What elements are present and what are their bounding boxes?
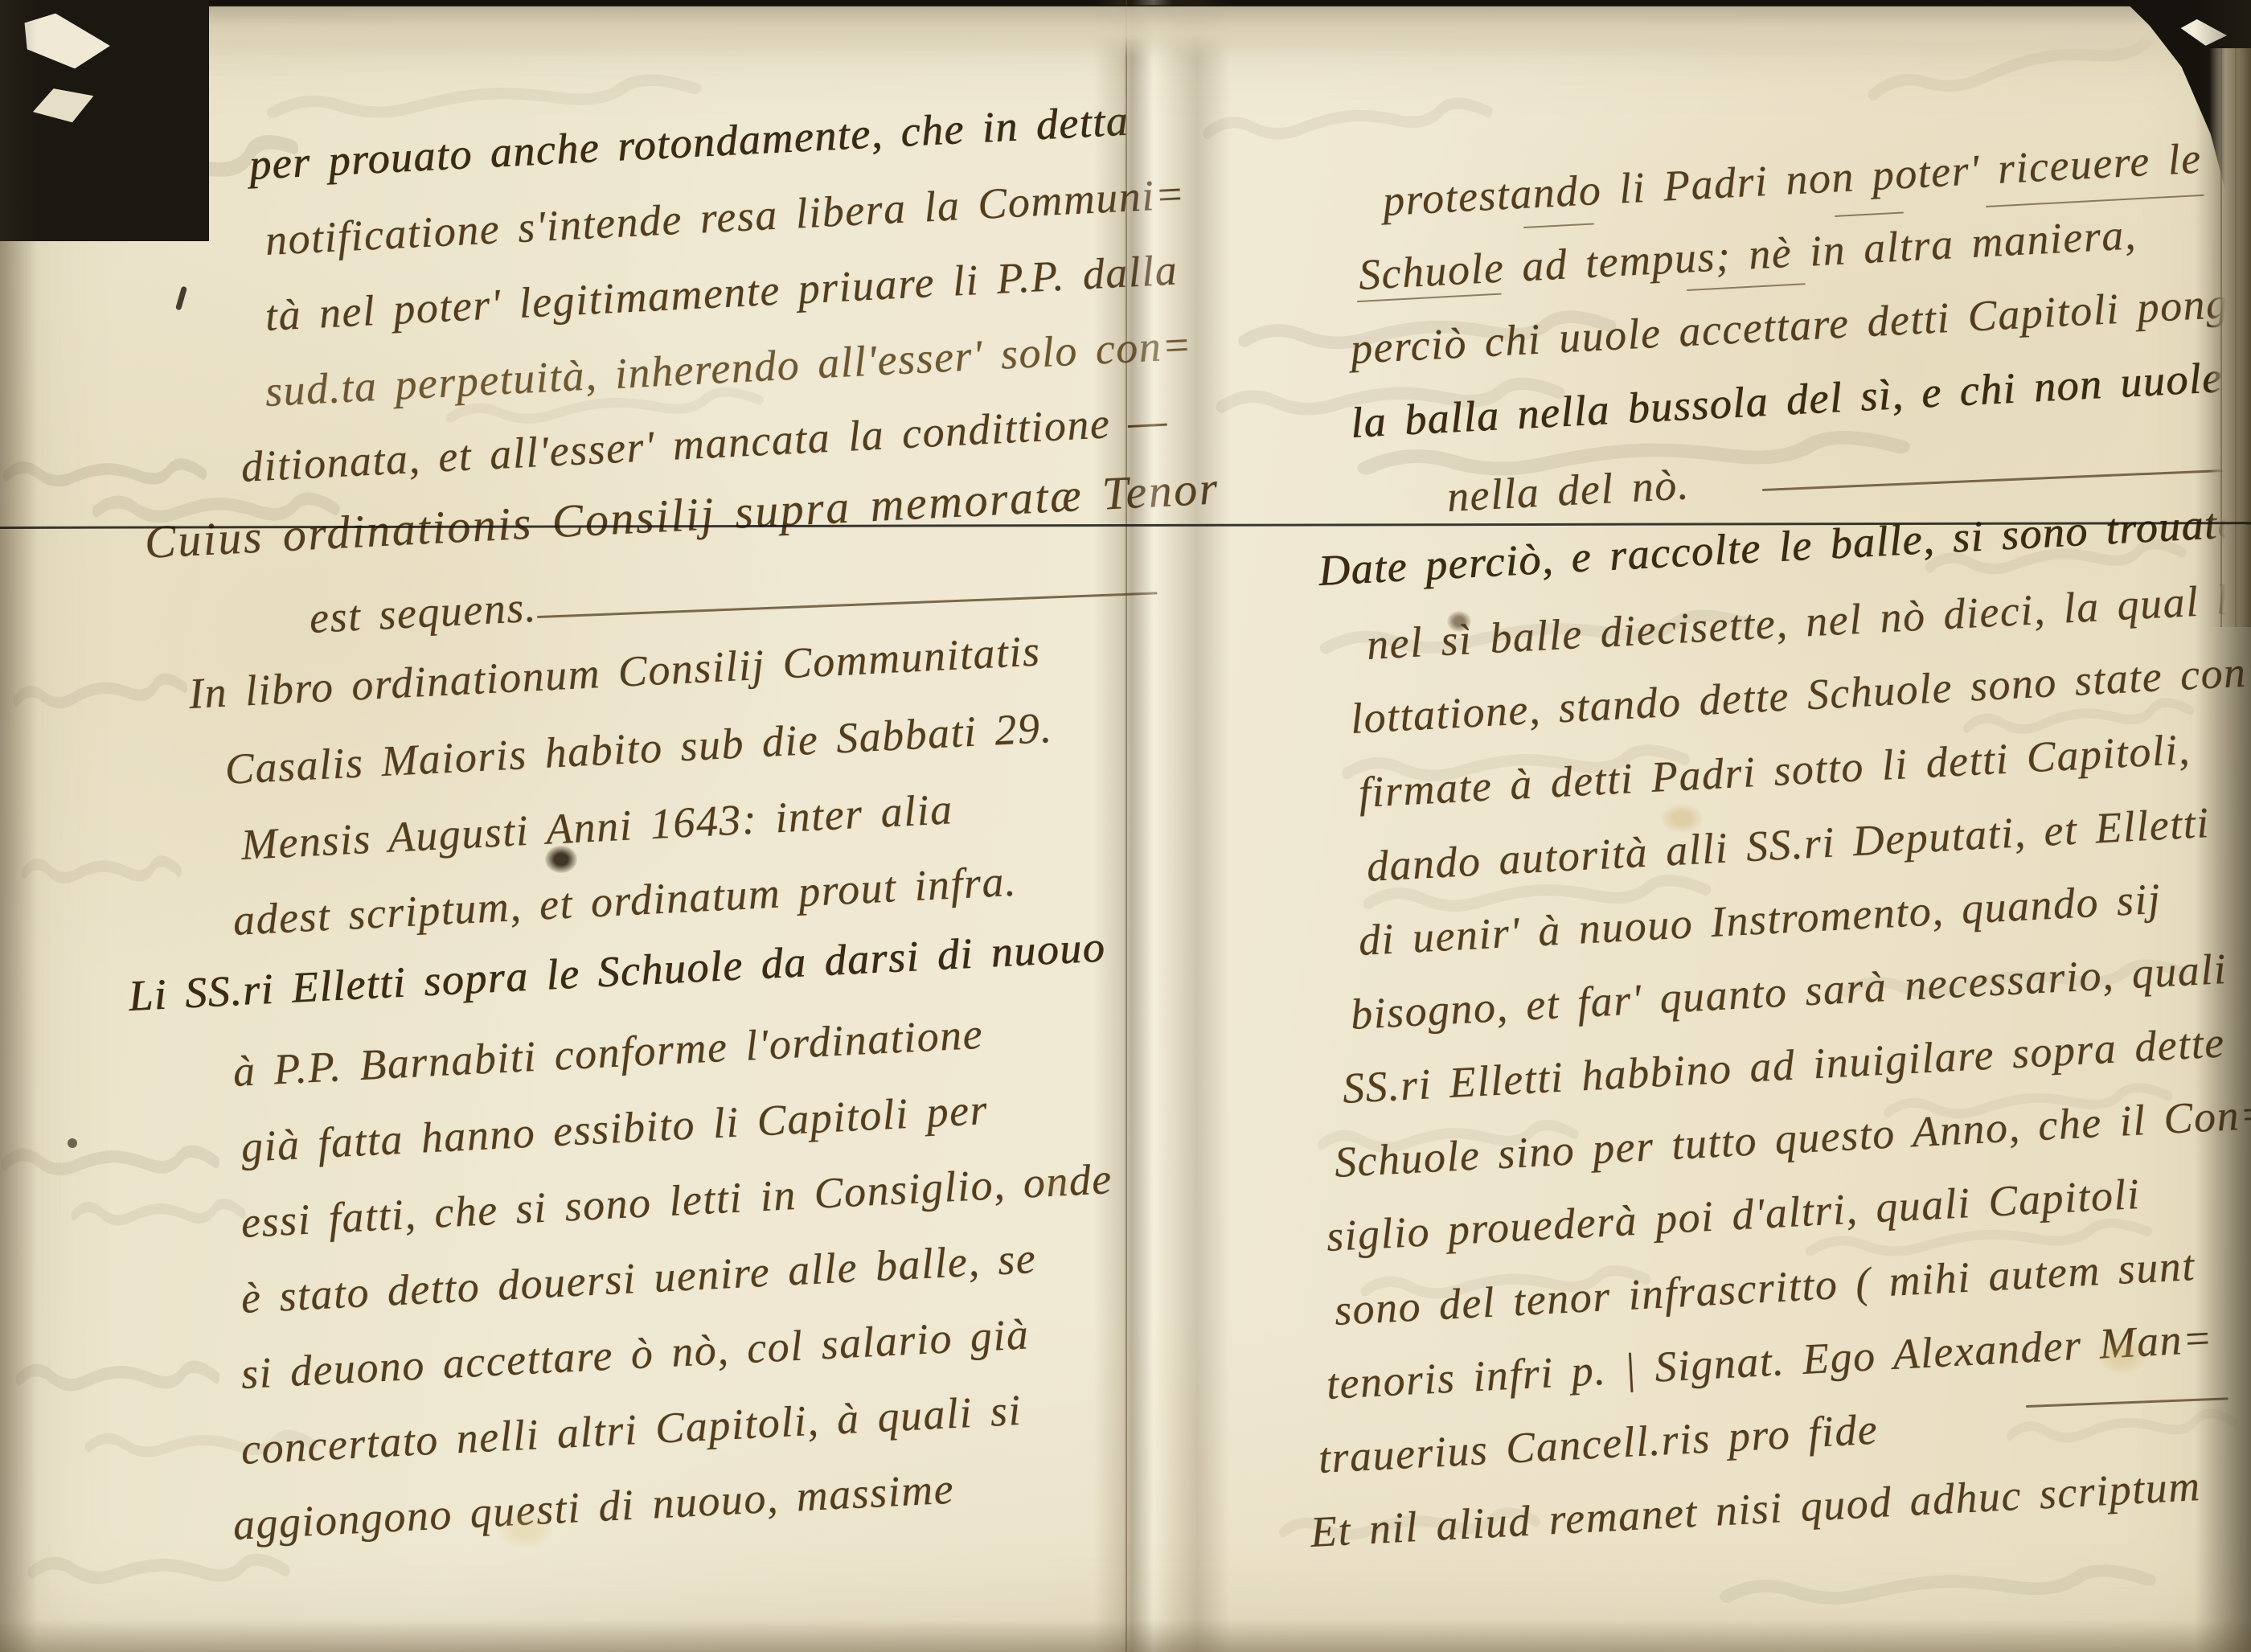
ink-blot xyxy=(545,846,577,873)
bottom-edge-shadow xyxy=(0,1620,2251,1652)
paper-stain xyxy=(497,1511,553,1548)
left-edge-shadow xyxy=(0,0,37,1652)
paper-stain xyxy=(1037,1174,1074,1198)
paper-stain xyxy=(2098,1338,2146,1374)
binding-gutter xyxy=(1093,0,1230,1652)
ink-speck xyxy=(68,1138,77,1148)
top-deckle-edge xyxy=(0,6,2251,58)
ink-blot xyxy=(1447,611,1471,632)
right-edge-shadow xyxy=(2195,0,2251,1652)
manuscript-scan: ∕∕ per prouato anche rotondamente, che i… xyxy=(0,0,2251,1652)
manuscript-line: est sequens. xyxy=(308,579,538,646)
left-page-edge-crease xyxy=(1125,0,1127,1652)
paper-stain xyxy=(1661,804,1703,833)
